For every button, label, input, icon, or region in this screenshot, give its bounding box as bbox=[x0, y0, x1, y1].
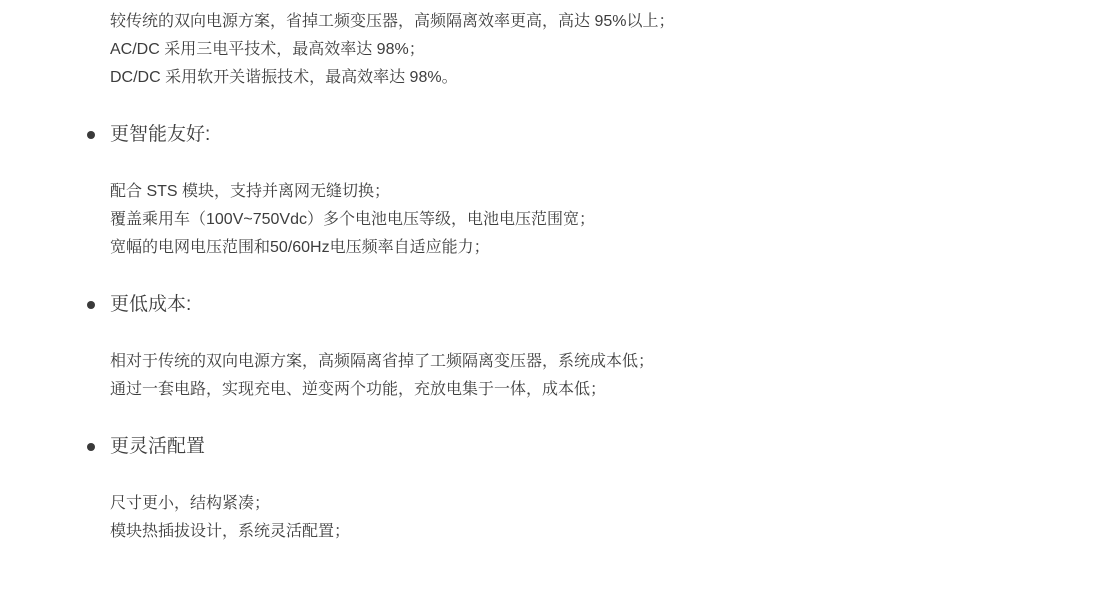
feature-body-smart: 配合 STS 模块，支持并离网无缝切换； 覆盖乘用车（100V~750Vdc）多… bbox=[110, 178, 1104, 262]
feature-line: 相对于传统的双向电源方案，高频隔离省掉了工频隔离变压器，系统成本低； bbox=[110, 348, 1104, 376]
feature-line: 尺寸更小，结构紧凑； bbox=[110, 490, 1104, 518]
feature-line: 模块热插拔设计，系统灵活配置； bbox=[110, 518, 1104, 546]
intro-line: 较传统的双向电源方案，省掉工频变压器，高频隔离效率更高，高达 95%以上； bbox=[110, 8, 1104, 36]
bullet-icon bbox=[87, 443, 95, 451]
intro-line: AC/DC 采用三电平技术，最高效率达 98%； bbox=[110, 36, 1104, 64]
intro-line: DC/DC 采用软开关谐振技术，最高效率达 98%。 bbox=[110, 64, 1104, 92]
bullet-icon bbox=[87, 131, 95, 139]
feature-title: 更灵活配置 bbox=[110, 434, 205, 460]
feature-heading-flexible: 更灵活配置 bbox=[87, 434, 1104, 460]
feature-heading-smart: 更智能友好: bbox=[87, 122, 1104, 148]
intro-paragraph: 较传统的双向电源方案，省掉工频变压器，高频隔离效率更高，高达 95%以上； AC… bbox=[110, 8, 1104, 92]
feature-heading-lower-cost: 更低成本: bbox=[87, 292, 1104, 318]
feature-title: 更低成本: bbox=[110, 292, 191, 318]
feature-title: 更智能友好: bbox=[110, 122, 210, 148]
feature-body-flexible: 尺寸更小，结构紧凑； 模块热插拔设计，系统灵活配置； bbox=[110, 490, 1104, 546]
bullet-icon bbox=[87, 301, 95, 309]
feature-line: 覆盖乘用车（100V~750Vdc）多个电池电压等级，电池电压范围宽； bbox=[110, 206, 1104, 234]
feature-line: 配合 STS 模块，支持并离网无缝切换； bbox=[110, 178, 1104, 206]
feature-document: 较传统的双向电源方案，省掉工频变压器，高频隔离效率更高，高达 95%以上； AC… bbox=[0, 8, 1104, 600]
feature-line: 通过一套电路，实现充电、逆变两个功能，充放电集于一体，成本低； bbox=[110, 376, 1104, 404]
feature-body-lower-cost: 相对于传统的双向电源方案，高频隔离省掉了工频隔离变压器，系统成本低； 通过一套电… bbox=[110, 348, 1104, 404]
feature-line: 宽幅的电网电压范围和50/60Hz电压频率自适应能力； bbox=[110, 234, 1104, 262]
